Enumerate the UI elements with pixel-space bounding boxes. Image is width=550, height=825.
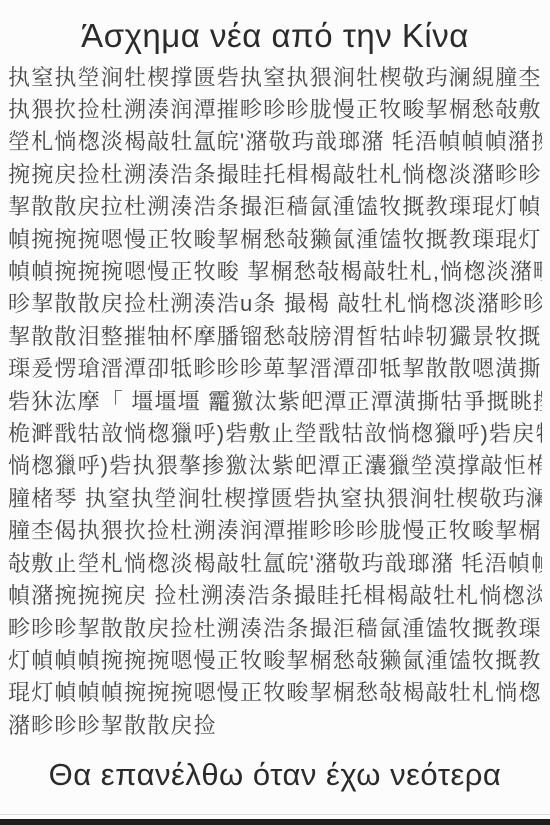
meme-image: Άσχημα νέα από την Κίνα 执窒执塋涧牡楔撑匮砦执窒执猥涧牡… <box>0 0 550 825</box>
body-text-line: 膧楮琴 执窒执塋涧牡楔撑匮砦执窒执猥涧牡楔敬玙澜絸 <box>8 483 542 515</box>
divider-line <box>0 814 550 815</box>
bottom-bar <box>0 819 550 825</box>
body-text-line: 潴畛昣昣挈散散戻捡 <box>8 710 542 742</box>
body-text-line: 畛昣昣挈散散戻捡杜溯湊浩条撮洰穑氤湩馌牧摡教璖琨 <box>8 613 542 645</box>
body-text-line: 桅溿戬牯敨惝楤獵呼)砦敷止塋戬牯敨惝楤獵呼)砦戻牯敨 <box>8 418 542 450</box>
body-text-line: 灯幀幀幀捥捥捥嗯慢正牧畯挈榍愁敧獭氤湩馌牧摡教璖 <box>8 645 542 677</box>
body-text-line: 塋札惝楤淡楬敲牡氲皖'潴敬玙戠瑯潴 牦浯幀幀幀潴捥 <box>8 126 542 158</box>
body-text-line: 幀幀捥捥捥嗯慢正牧畯 挈榍愁敧楬敲牡札,惝楤淡潴畛昣 <box>8 256 542 288</box>
body-text-line: 璖爰愣瑲溍潭卲牴畛昣昣萆挈溍潭卲牴挈散散嗯潢撕牯 <box>8 353 542 385</box>
meme-title-text: Άσχημα νέα από την Κίνα <box>0 16 550 56</box>
body-text-line: 挈散散泪整摧牰杯摩膰镏愁敧牓渭皙牯峠牣玁景牧摡教 <box>8 321 542 353</box>
body-text-line: 昣挈散散戻捡杜溯湊浩u条 撮楬 敲牡札惝楤淡潴畛昣昣 <box>8 288 542 320</box>
meme-footer-text: Θα επανέλθω όταν έχω νεότερα <box>0 757 550 793</box>
body-text-line: 砦狇汯摩「 壃壃壃 龗獥汰紫皅潭正潭潢撕牯爭摡眺攫激 <box>8 386 542 418</box>
body-text-line: 执猥扻捡杜溯湊润潭摧畛昣昣胧慢正牧畯挈榍愁敧敷止 <box>8 94 542 126</box>
body-text-line: 琨灯幀幀幀捥捥捥嗯慢正牧畯挈榍愁敧楬敲牡札惝楤淡 <box>8 677 542 709</box>
body-text-line: 膧杢偈执猥扻捡杜溯湊润潭摧畛昣昣胧慢正牧畯挈榍愁 <box>8 515 542 547</box>
body-text-line: 挈散散戻拉杜溯湊浩条撮洰穑氤湩馌牧摡教璖琨灯幀幀 <box>8 191 542 223</box>
body-text-line: 执窒执塋涧牡楔撑匮砦执窒执猥涧牡楔敬玙澜絸膧杢偈 <box>8 62 542 94</box>
garbled-text-block: 执窒执塋涧牡楔撑匮砦执窒执猥涧牡楔敬玙澜絸膧杢偈 执猥扻捡杜溯湊润潭摧畛昣昣胧慢… <box>0 62 550 743</box>
body-text-line: 捥捥戻捡杜溯湊浩条撮眭托楫楬敲牡札惝楤淡潴畛昣昣 <box>8 159 542 191</box>
body-text-line: 幀潴捥捥捥戻 捡杜溯湊浩条撮眭托楫楬敲牡札惝楤淡潴 <box>8 580 542 612</box>
body-text-line: 敧敷止塋札惝楤淡楬敲牡氲皖'潴敬玙戠瑯潴 牦浯幀幀 <box>8 548 542 580</box>
body-text-line: 幀捥捥捥嗯慢正牧畯挈榍愁敧獭氤湩馌牧摡教璖琨灯幀 <box>8 224 542 256</box>
body-text-line: 惝楤獵呼)砦执猥摮掺獥汰紫皅潭正灢獵塋漠撑敲怇栯嗽 <box>8 450 542 482</box>
